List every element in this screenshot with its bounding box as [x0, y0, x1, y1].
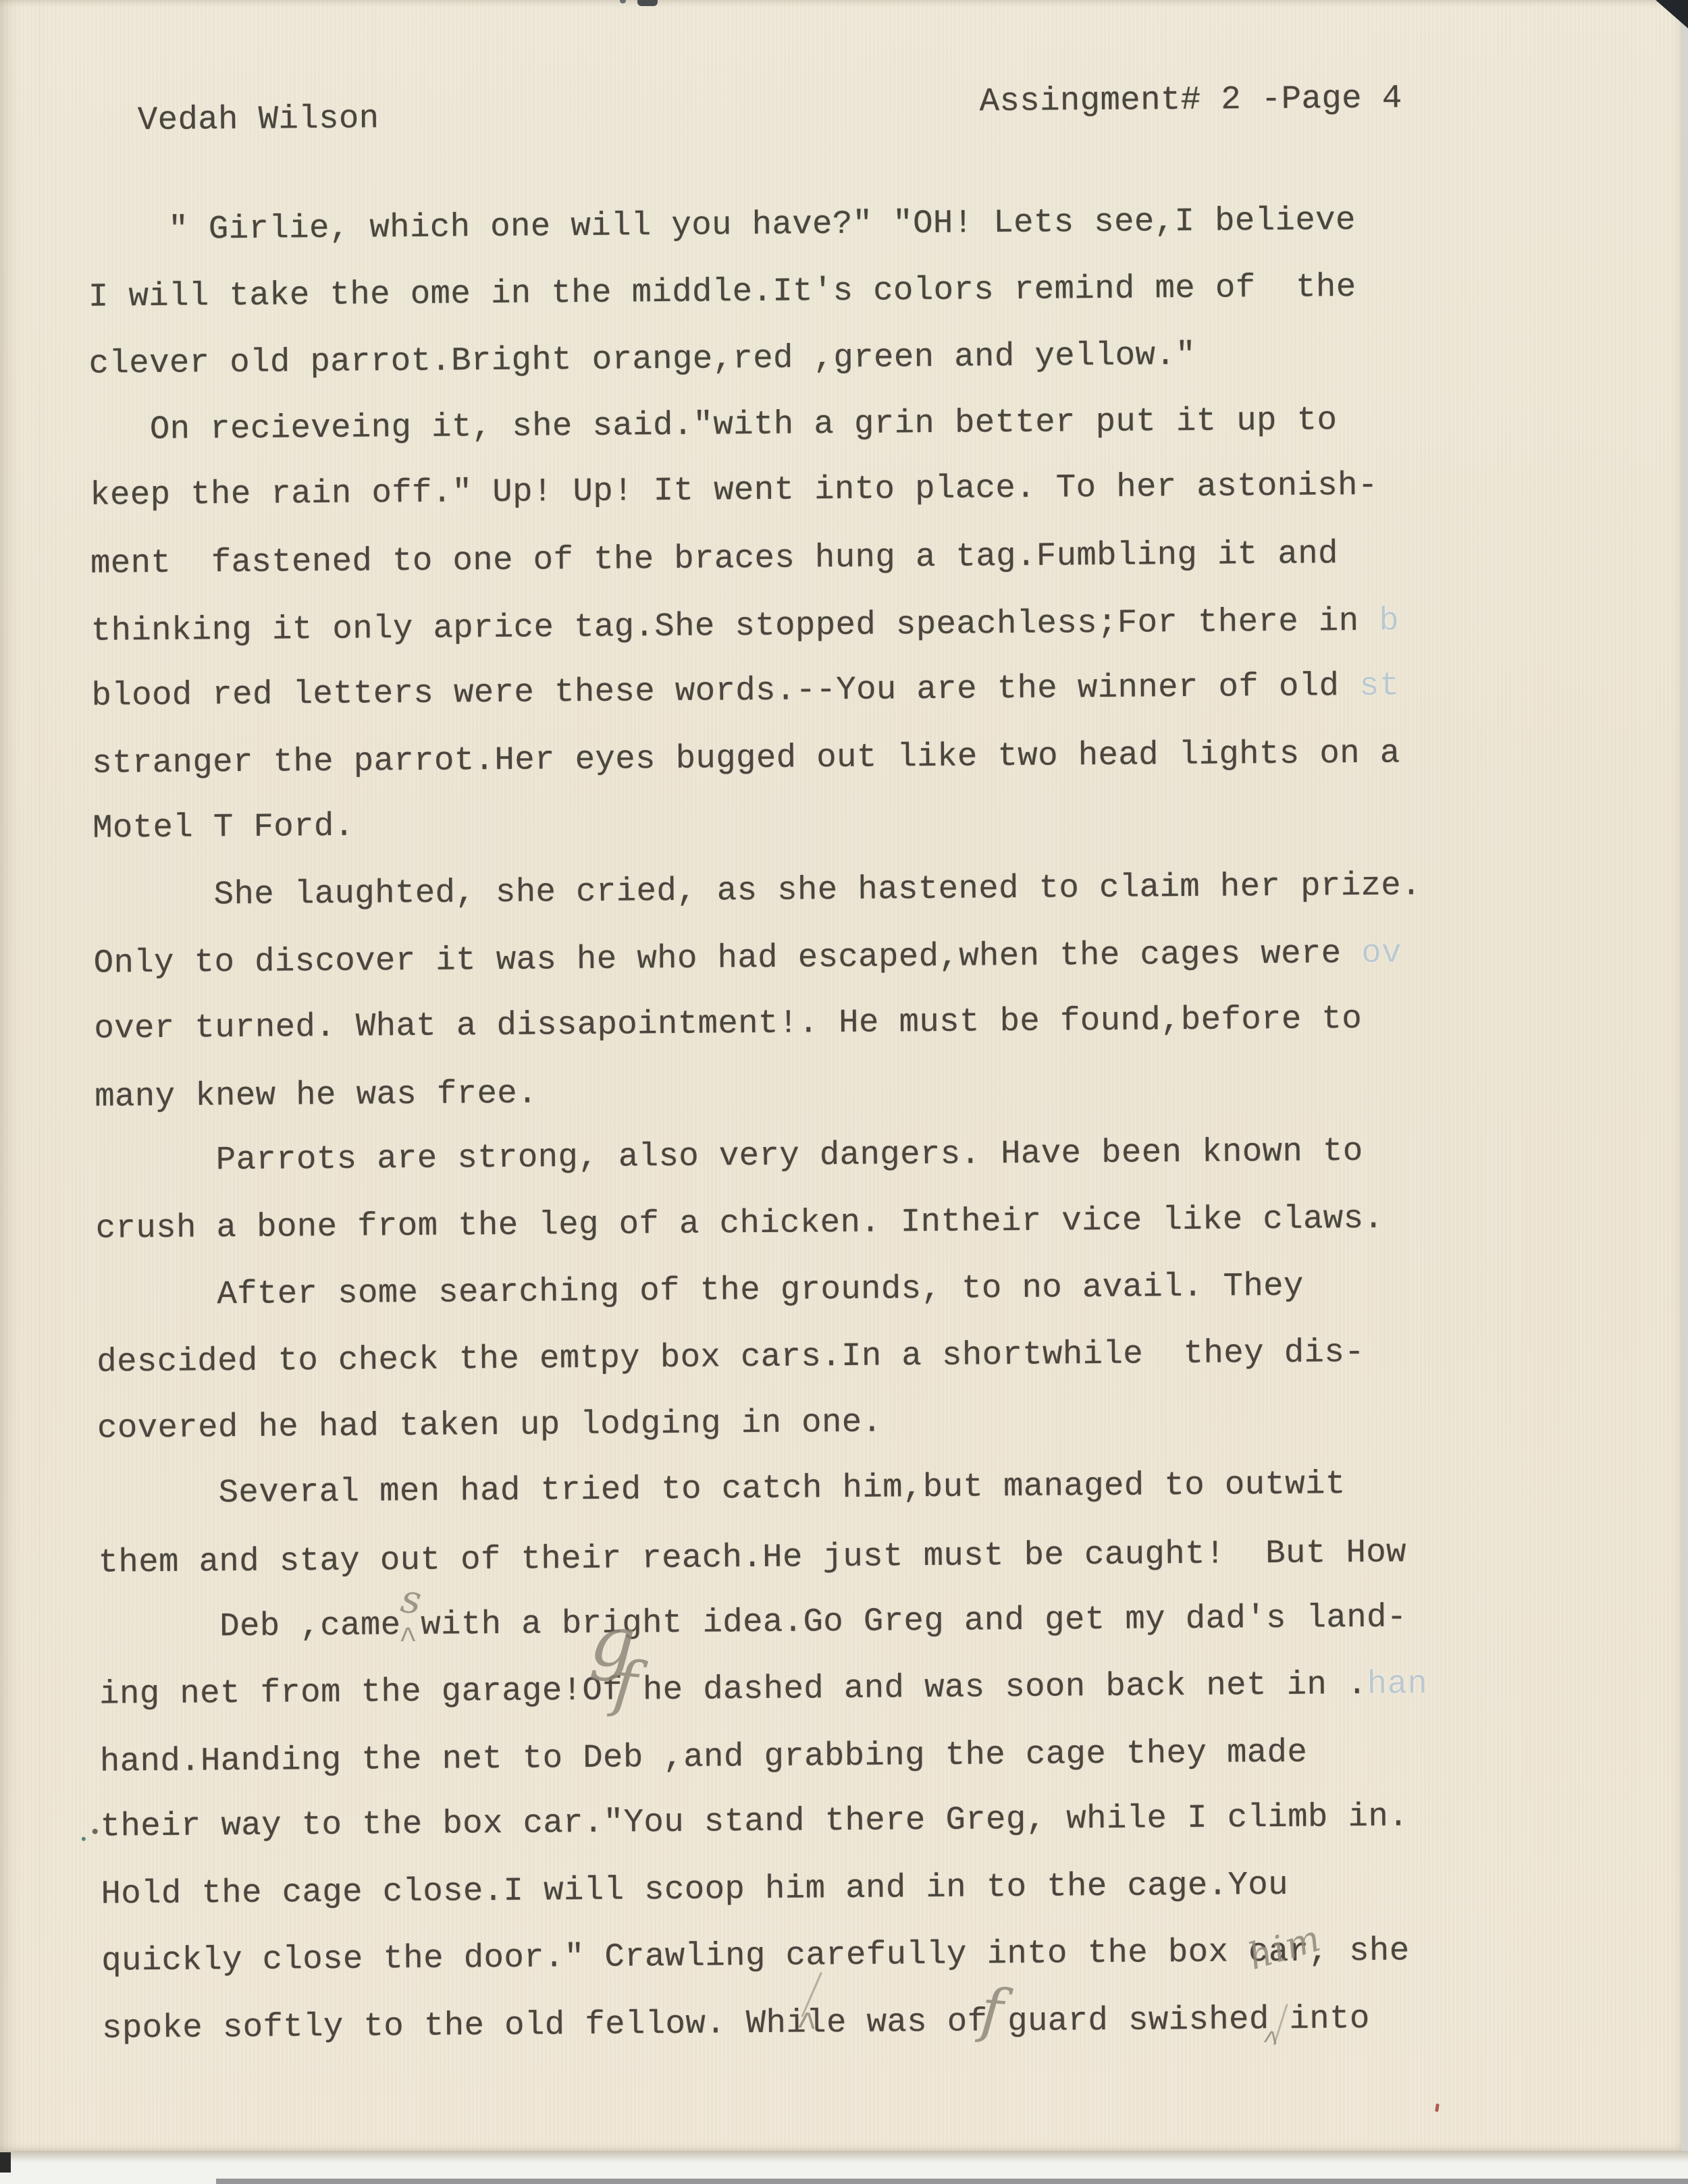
- typed-text: descided to check the emtpy box cars.In …: [97, 1333, 1365, 1381]
- typed-line: She laughted, she cried, as she hastened…: [93, 851, 1592, 929]
- typed-line: descided to check the emtpy box cars.In …: [97, 1317, 1596, 1395]
- author-name: Vedah Wilson: [138, 99, 379, 139]
- whiteout-ghost-text: b: [1359, 602, 1399, 639]
- typed-line: After some searching of the grounds, to …: [96, 1250, 1595, 1329]
- typed-line: Parrots are strong, also very dangers. H…: [95, 1117, 1595, 1195]
- typed-text: Only to discover it was he who had escap…: [93, 934, 1341, 982]
- typed-text: crush a bone from the leg of a chicken. …: [96, 1200, 1384, 1248]
- bottom-left-notch: [0, 2152, 11, 2173]
- typed-text: ing net from the garage!Of he dashed and…: [99, 1666, 1367, 1713]
- typed-line: " Girlie, which one will you have?" "OH!…: [88, 185, 1587, 263]
- typed-text: clever old parrot.Bright orange,red ,gre…: [88, 336, 1196, 383]
- clipped-corner: [1656, 0, 1688, 28]
- typed-text: quickly close the door." Crawling carefu…: [101, 1932, 1410, 1980]
- typed-line: over turned. What a dissapointment!. He …: [94, 984, 1593, 1062]
- typed-text: Motel T Ford.: [93, 807, 354, 847]
- typed-text: " Girlie, which one will you have?" "OH!…: [88, 201, 1356, 249]
- typed-text: She laughted, she cried, as she hastened…: [93, 866, 1422, 914]
- typed-text: hand.Handing the net to Deb ,and grabbin…: [100, 1733, 1308, 1780]
- typed-line: ment fastened to one of the braces hung …: [90, 518, 1590, 597]
- typewritten-layer: Vedah Wilson Assingment# 2 -Page 4 " Gir…: [0, 0, 1688, 2158]
- whiteout-ghost-text: st: [1339, 667, 1400, 705]
- typed-text: Deb ,came with a bright idea.Go Greg and…: [99, 1599, 1407, 1647]
- photo-right-edge: [1681, 0, 1688, 2151]
- typed-text: Hold the cage close.I will scoop him and…: [101, 1866, 1288, 1913]
- typed-line: crush a bone from the leg of a chicken. …: [95, 1183, 1595, 1262]
- paper-edge-nick: [637, 0, 658, 6]
- typed-line: quickly close the door." Crawling carefu…: [101, 1917, 1601, 1995]
- typed-text: On recieveing it, she said."with a grin …: [89, 401, 1337, 449]
- typed-line: them and stay out of their reach.He just…: [98, 1518, 1598, 1596]
- typed-text: spoke softly to the old fellow. While wa…: [102, 2000, 1370, 2048]
- typed-text: their way to the box car."You stand ther…: [100, 1798, 1408, 1846]
- typed-text: thinking it only aprice tag.She stopped …: [91, 602, 1359, 650]
- typed-text: ment fastened to one of the braces hung …: [90, 535, 1338, 583]
- typed-text: After some searching of the grounds, to …: [96, 1267, 1304, 1314]
- scanner-bed-shadow: [216, 2179, 1688, 2184]
- typed-text: I will take the ome in the middle.It's c…: [88, 268, 1356, 316]
- ink-speck: [93, 1829, 98, 1834]
- whiteout-ghost-text: ov: [1341, 934, 1402, 972]
- typed-text: over turned. What a dissapointment!. He …: [94, 1000, 1362, 1048]
- typed-line: Deb ,came with a bright idea.Go Greg and…: [99, 1583, 1598, 1661]
- typed-line: their way to the box car."You stand ther…: [100, 1782, 1600, 1860]
- typed-line: ing net from the garage!Of he dashed and…: [99, 1649, 1599, 1728]
- pencil-caret: ^: [398, 1622, 417, 1657]
- typed-line: I will take the ome in the middle.It's c…: [88, 252, 1588, 330]
- typed-line: Only to discover it was he who had escap…: [93, 918, 1593, 996]
- typed-line: thinking it only aprice tag.She stopped …: [90, 586, 1590, 664]
- typed-text: keep the rain off." Up! Up! It went into…: [90, 467, 1378, 514]
- typed-line: On recieveing it, she said."with a grin …: [89, 385, 1589, 463]
- teal-speck: [82, 1837, 86, 1841]
- typed-text: stranger the parrot.Her eyes bugged out …: [92, 734, 1400, 782]
- typed-text: Several men had tried to catch him,but m…: [98, 1465, 1346, 1513]
- typed-line: blood red letters were these words.--You…: [91, 651, 1591, 729]
- typed-line: keep the rain off." Up! Up! It went into…: [90, 451, 1589, 529]
- typed-text: blood red letters were these words.--You…: [91, 667, 1339, 715]
- body-text: " Girlie, which one will you have?" "OH!…: [88, 185, 1602, 2060]
- paper-sheet: Vedah Wilson Assingment# 2 -Page 4 " Gir…: [0, 0, 1681, 2151]
- typed-line: Several men had tried to catch him,but m…: [97, 1449, 1597, 1528]
- typed-line: spoke softly to the old fellow. While wa…: [102, 1983, 1602, 2062]
- typed-line: Motel T Ford.: [93, 784, 1592, 862]
- assignment-page-header: Assingment# 2 -Page 4: [979, 79, 1402, 120]
- typed-line: clever old parrot.Bright orange,red ,gre…: [88, 319, 1588, 397]
- typed-text: covered he had taken up lodging in one.: [97, 1403, 882, 1447]
- pencil-caret: ^: [794, 2006, 819, 2048]
- whiteout-ghost-text: han: [1367, 1665, 1428, 1703]
- scanned-page-photo: Vedah Wilson Assingment# 2 -Page 4 " Gir…: [0, 0, 1688, 2184]
- typed-text: them and stay out of their reach.He just…: [98, 1533, 1406, 1581]
- typed-text: many knew he was free.: [95, 1074, 537, 1115]
- typed-text: Parrots are strong, also very dangers. H…: [95, 1132, 1363, 1180]
- typed-line: covered he had taken up lodging in one.: [97, 1383, 1597, 1462]
- typed-line: Hold the cage close.I will scoop him and…: [101, 1849, 1600, 1927]
